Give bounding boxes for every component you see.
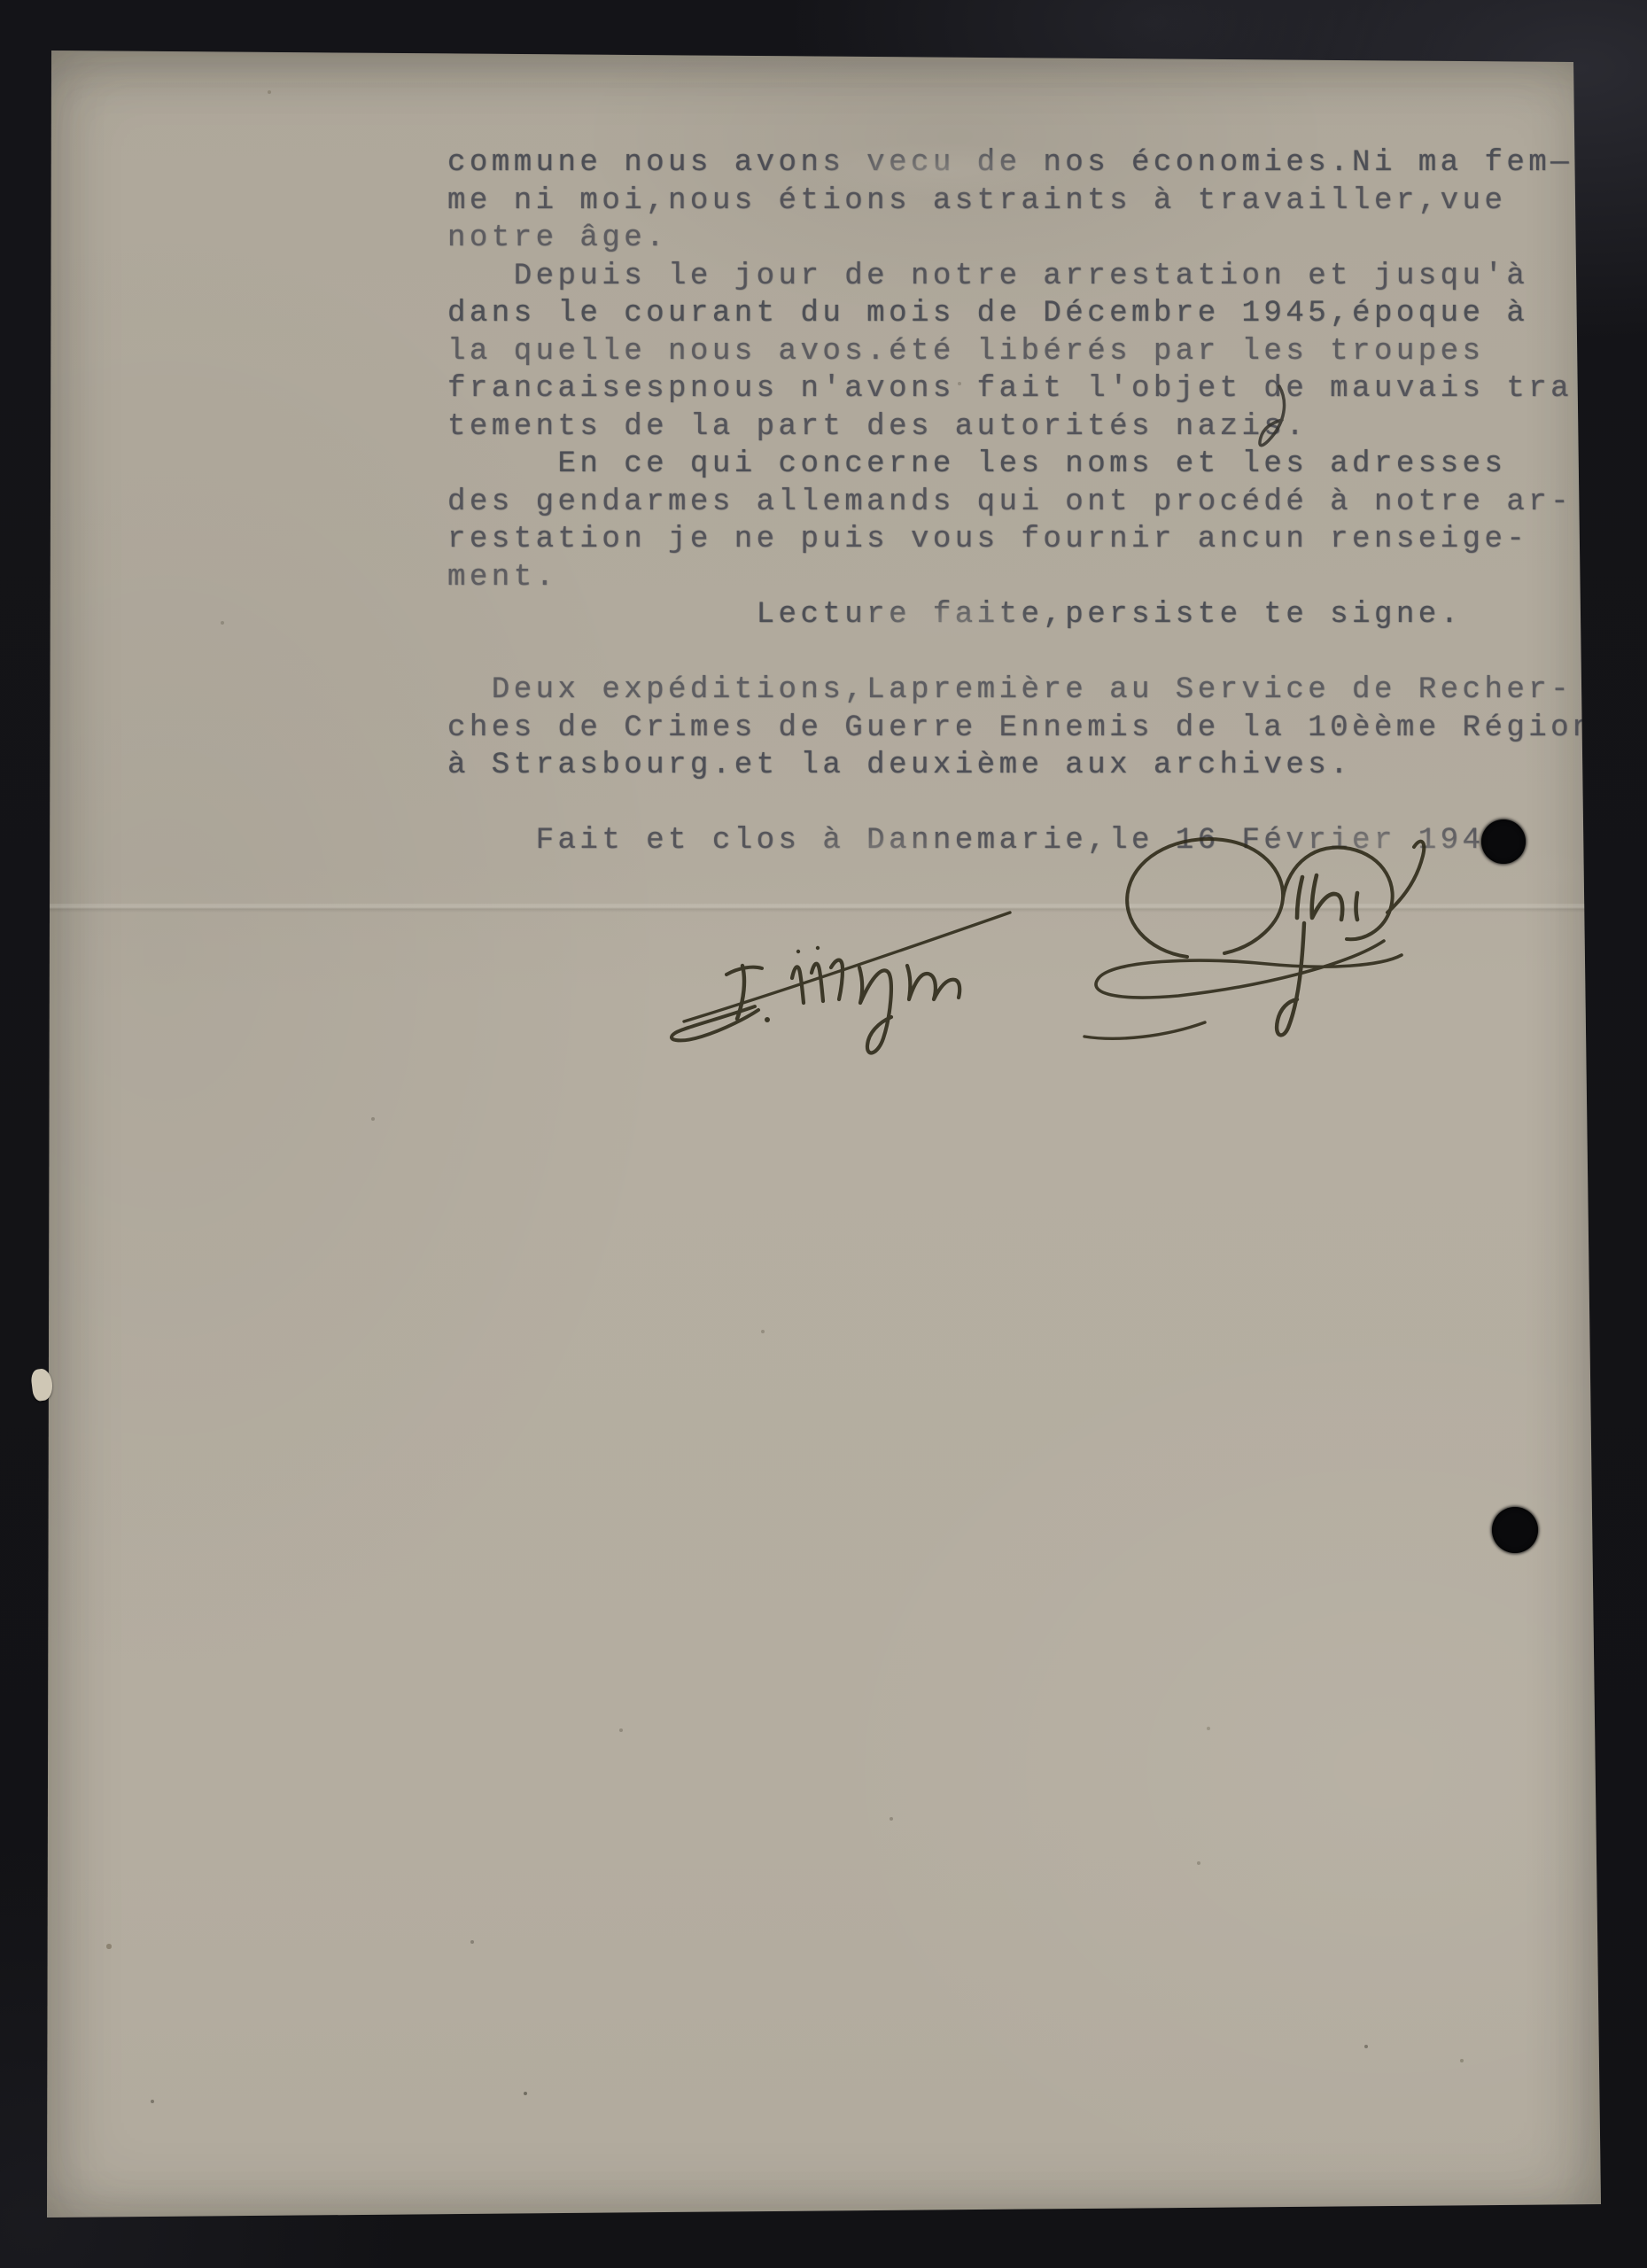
- typewritten-line: commune nous avons vecu de nos économies…: [447, 144, 1635, 183]
- typewritten-line: En ce qui concerne les noms et les adres…: [447, 446, 1635, 484]
- photo-backdrop: commune nous avons vecu de nos économies…: [0, 0, 1647, 2268]
- typewritten-line: francaisespnous n'avons fait l'objet de …: [447, 370, 1635, 408]
- typewritten-line: Depuis le jour de notre arrestation et j…: [447, 258, 1635, 296]
- document-page: commune nous avons vecu de nos économies…: [0, 0, 1647, 2268]
- typewritten-line: me ni moi,nous étions astraints à travai…: [447, 183, 1635, 221]
- typewritten-line: des gendarmes allemands qui ont procédé …: [447, 484, 1635, 522]
- typewritten-text-block: commune nous avons vecu de nos économies…: [447, 144, 1635, 860]
- fold-crease: [44, 904, 1604, 913]
- typewritten-line: tements de la part des autorités nazis.: [447, 408, 1635, 447]
- hole-punch-bottom: [1492, 1507, 1538, 1553]
- typewritten-line: [447, 634, 1635, 672]
- typewritten-line: notre âge.: [447, 220, 1635, 258]
- hole-punch-top: [1481, 819, 1526, 864]
- typewritten-line: restation je ne puis vous fournir ancun …: [447, 521, 1635, 559]
- typewritten-line: Fait et clos à Dannemarie,le 16 Février …: [447, 822, 1635, 860]
- paper-speckles: [0, 0, 2, 2]
- typewritten-line: à Strasbourg.et la deuxième aux archives…: [447, 747, 1635, 785]
- typewritten-line: Deux expéditions,Lapremière au Service d…: [447, 672, 1635, 710]
- typewritten-line: ches de Crimes de Guerre Ennemis de la 1…: [447, 710, 1635, 748]
- typewritten-line: dans le courant du mois de Décembre 1945…: [447, 295, 1635, 333]
- typewritten-line: [447, 785, 1635, 823]
- typewritten-line: ment.: [447, 559, 1635, 597]
- typewritten-line: Lecture faite,persiste te signe.: [447, 596, 1635, 634]
- typewritten-line: la quelle nous avos.été libérés par les …: [447, 333, 1635, 371]
